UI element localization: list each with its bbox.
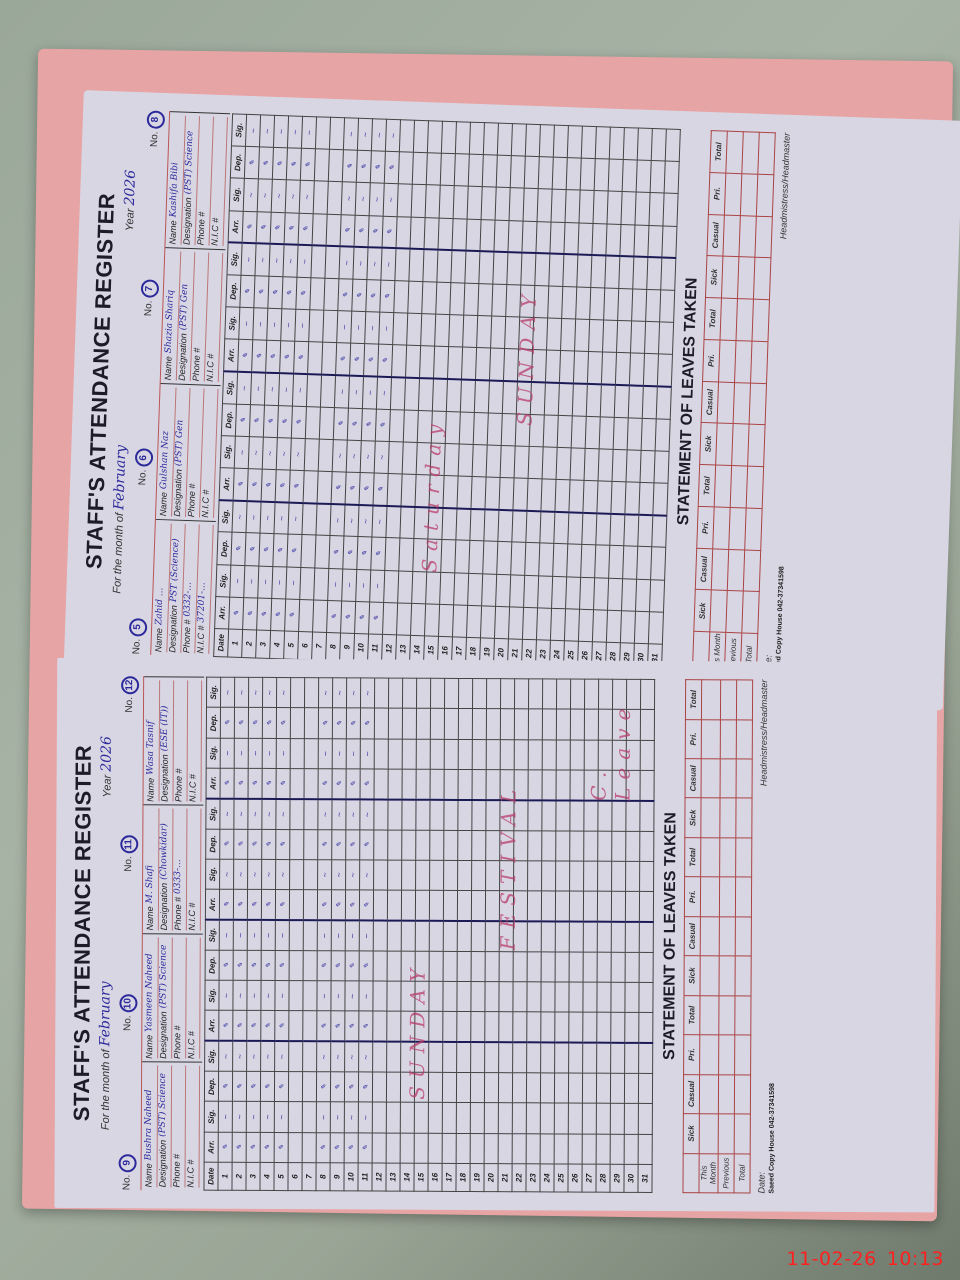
- attendance-cell: [638, 1073, 652, 1103]
- attendance-cell: [441, 121, 456, 154]
- attendance-cell: [558, 383, 573, 416]
- attendance-cell: [555, 1043, 569, 1073]
- attendance-cell: ✎: [261, 890, 275, 920]
- leaves-col-header: Pri.: [708, 172, 725, 214]
- leaves-cell: [732, 424, 749, 466]
- attendance-cell: ~: [259, 115, 274, 148]
- attendance-cell: [435, 314, 450, 347]
- attendance-cell: [472, 739, 486, 769]
- attendance-cell: [458, 769, 472, 799]
- attendance-cell: ~: [316, 1102, 330, 1132]
- attendance-cell: [580, 577, 595, 610]
- field-label: Phone #: [191, 348, 205, 382]
- field-label: Designation: [167, 605, 182, 653]
- attendance-cell: [513, 478, 528, 511]
- attendance-cell: [424, 217, 439, 250]
- attendance-cell: ✎: [275, 890, 289, 920]
- leaves-col-header: Casual: [684, 916, 700, 956]
- leaves-col-header: Casual: [701, 381, 718, 423]
- attendance-cell: [454, 573, 469, 606]
- attendance-cell: [437, 250, 452, 283]
- leaves-cell: [717, 382, 734, 424]
- date-cell: 13: [386, 1163, 400, 1191]
- col-header: Sig.: [225, 307, 240, 340]
- attendance-cell: ~: [274, 502, 289, 535]
- date-cell: 8: [326, 632, 341, 660]
- register-page-bottom: STAFF'S ATTENDANCE REGISTER For the mont…: [54, 658, 937, 1213]
- attendance-cell: ~: [359, 920, 373, 950]
- attendance-cell: [571, 416, 586, 449]
- leaves-row-label: This Month: [699, 1153, 718, 1193]
- attendance-cell: [526, 1103, 540, 1133]
- attendance-cell: [597, 982, 611, 1012]
- attendance-cell: ~: [275, 1041, 289, 1071]
- attendance-cell: [552, 576, 567, 609]
- attendance-cell: [466, 219, 481, 252]
- attendance-cell: [489, 348, 504, 381]
- attendance-cell: ✎: [219, 1011, 233, 1041]
- leaves-cell: [755, 216, 772, 258]
- attendance-cell: ✎: [276, 708, 290, 738]
- attendance-cell: ✎: [344, 1133, 358, 1163]
- attendance-cell: [648, 612, 663, 645]
- attendance-cell: [564, 222, 579, 255]
- attendance-cell: [471, 477, 486, 510]
- attendance-cell: [510, 156, 525, 189]
- attendance-cell: ✎: [368, 215, 383, 248]
- attendance-cell: [633, 257, 648, 290]
- attendance-cell: [619, 256, 634, 289]
- date-cell: 28: [596, 1164, 610, 1192]
- leaves-cell: [700, 917, 719, 957]
- attendance-cell: [556, 861, 570, 891]
- attendance-cell: [590, 287, 605, 320]
- attendance-cell: [443, 476, 458, 509]
- attendance-cell: [482, 155, 497, 188]
- staff-details: Name Shazia ShariqDesignation (PST) GenP…: [161, 247, 226, 385]
- leaves-cell: [745, 508, 762, 550]
- attendance-cell: [513, 1012, 527, 1042]
- leaves-row-label: Previous: [718, 1153, 734, 1193]
- attendance-cell: [444, 800, 458, 830]
- attendance-cell: [541, 1043, 555, 1073]
- attendance-cell: [527, 952, 541, 982]
- attendance-cell: ~: [234, 859, 248, 889]
- attendance-cell: ~: [318, 799, 332, 829]
- attendance-cell: ✎: [344, 1072, 358, 1102]
- attendance-cell: ✎: [373, 473, 388, 506]
- col-header: Sig.: [206, 677, 220, 707]
- date-cell: 11: [368, 634, 383, 662]
- attendance-cell: ~: [287, 116, 302, 149]
- attendance-cell: ~: [234, 677, 248, 707]
- leaves-cell: [742, 591, 759, 633]
- attendance-cell: [525, 124, 540, 157]
- attendance-cell: [606, 610, 621, 643]
- leaves-cell: [734, 1075, 750, 1115]
- attendance-cell: ~: [344, 1102, 358, 1132]
- attendance-cell: [514, 446, 529, 479]
- staff-details: Name Zahid ...Designation PST (Science)P…: [151, 519, 216, 657]
- col-header: Dep.: [204, 1071, 218, 1101]
- attendance-cell: [625, 982, 639, 1012]
- attendance-cell: [535, 253, 550, 286]
- attendance-cell: [485, 477, 500, 510]
- attendance-cell: [456, 1103, 470, 1133]
- field-value-designation: (PST) Science: [158, 1073, 171, 1137]
- attendance-cell: [634, 611, 649, 644]
- leaves-cell: [700, 995, 719, 1035]
- attendance-cell: [290, 859, 304, 889]
- attendance-cell: ✎: [266, 341, 281, 374]
- attendance-cell: ✎: [247, 469, 262, 502]
- attendance-cell: [626, 861, 640, 891]
- attendance-cell: [383, 602, 398, 635]
- attendance-cell: [302, 1102, 316, 1132]
- attendance-cell: [621, 192, 636, 225]
- attendance-cell: [500, 679, 514, 709]
- attendance-cell: [374, 769, 388, 799]
- attendance-cell: [561, 319, 576, 352]
- attendance-cell: ✎: [261, 950, 275, 980]
- attendance-grid: DateArr.Sig.Dep.Sig.Arr.Sig.Dep.Sig.Arr.…: [213, 113, 681, 672]
- attendance-cell: ✎: [246, 1071, 260, 1101]
- leaves-col-header: Total: [704, 298, 721, 340]
- attendance-cell: ~: [286, 567, 301, 600]
- attendance-cell: [471, 1012, 485, 1042]
- leaves-col-header: Pri.: [697, 506, 714, 548]
- attendance-cell: [306, 374, 321, 407]
- leaves-cell: [758, 132, 775, 174]
- attendance-cell: [612, 449, 627, 482]
- attendance-cell: [482, 574, 497, 607]
- leaves-cell: [719, 877, 735, 917]
- date-cell: 2: [242, 630, 257, 658]
- attendance-cell: [569, 480, 584, 513]
- col-header: Arr.: [215, 596, 230, 629]
- field-value-name: M. Shafi: [145, 865, 158, 903]
- attendance-cell: [459, 412, 474, 445]
- attendance-cell: ~: [261, 920, 275, 950]
- attendance-cell: [426, 153, 441, 186]
- attendance-cell: [658, 322, 673, 355]
- attendance-cell: ✎: [229, 597, 244, 630]
- attendance-cell: ~: [281, 309, 296, 342]
- attendance-cell: ✎: [316, 1132, 330, 1162]
- attendance-cell: [319, 407, 334, 440]
- attendance-cell: [452, 218, 467, 251]
- staff-number-badge: 6: [135, 449, 154, 468]
- attendance-cell: [608, 159, 623, 192]
- attendance-cell: [511, 124, 526, 157]
- attendance-cell: ~: [272, 566, 287, 599]
- attendance-cell: ~: [357, 118, 372, 151]
- attendance-cell: ✎: [352, 279, 367, 312]
- attendance-cell: [589, 320, 604, 353]
- no-label: No.: [124, 697, 135, 713]
- attendance-cell: [314, 568, 329, 601]
- attendance-cell: [653, 483, 668, 516]
- attendance-cell: ✎: [338, 279, 353, 312]
- attendance-cell: ~: [370, 570, 385, 603]
- attendance-cell: ✎: [330, 1132, 344, 1162]
- attendance-cell: [624, 1104, 638, 1134]
- attendance-cell: [611, 891, 625, 921]
- attendance-cell: [511, 542, 526, 575]
- attendance-cell: [624, 514, 639, 547]
- attendance-cell: [415, 921, 429, 951]
- attendance-cell: [622, 578, 637, 611]
- attendance-cell: [583, 922, 597, 952]
- field-label: Phone #: [171, 1154, 184, 1188]
- attendance-cell: [510, 574, 525, 607]
- attendance-cell: [411, 603, 426, 636]
- attendance-cell: [640, 770, 654, 800]
- attendance-cell: [412, 571, 427, 604]
- attendance-cell: [308, 342, 323, 375]
- attendance-cell: [564, 609, 579, 642]
- attendance-cell: [483, 541, 498, 574]
- attendance-cell: [639, 922, 653, 952]
- leaves-cell: [719, 956, 735, 996]
- attendance-cell: [583, 891, 597, 921]
- attendance-cell: ✎: [327, 600, 342, 633]
- attendance-cell: ✎: [220, 708, 234, 738]
- attendance-cell: [625, 1043, 639, 1073]
- staff-number-badge: 8: [147, 110, 166, 129]
- staff-details: Name Gulshan NazDesignation (PST) GenPho…: [156, 383, 221, 521]
- attendance-cell: [468, 573, 483, 606]
- attendance-cell: [540, 1134, 554, 1164]
- leaves-cell: [737, 257, 754, 299]
- attendance-cell: ~: [362, 376, 377, 409]
- attendance-cell: ✎: [358, 1072, 372, 1102]
- attendance-cell: [541, 1012, 555, 1042]
- attendance-cell: ✎: [329, 536, 344, 569]
- attendance-cell: [596, 1104, 610, 1134]
- attendance-cell: [480, 606, 495, 639]
- attendance-cell: ✎: [271, 598, 286, 631]
- attendance-cell: ~: [244, 565, 259, 598]
- leaves-col-header: Sick: [684, 956, 700, 996]
- field-label: N.I.C #: [187, 903, 200, 931]
- attendance-cell: ✎: [274, 1072, 288, 1102]
- no-label: No.: [123, 856, 134, 872]
- col-header: Arr.: [205, 889, 219, 919]
- leaves-col-header: Sick: [683, 1114, 699, 1154]
- attendance-cell: ✎: [336, 343, 351, 376]
- attendance-cell: [572, 383, 587, 416]
- col-header: Sig.: [206, 798, 220, 828]
- attendance-cell: [302, 1072, 316, 1102]
- attendance-cell: ~: [331, 1042, 345, 1072]
- col-header: Dep.: [221, 403, 236, 436]
- attendance-cell: [421, 314, 436, 347]
- attendance-cell: ✎: [369, 602, 384, 635]
- attendance-cell: ✎: [375, 409, 390, 442]
- attendance-cell: [637, 547, 652, 580]
- attendance-cell: [663, 193, 678, 226]
- attendance-cell: ~: [356, 569, 371, 602]
- leaves-cell: [749, 383, 766, 425]
- attendance-cell: ✎: [332, 708, 346, 738]
- attendance-cell: [499, 477, 514, 510]
- attendance-cell: ~: [246, 501, 261, 534]
- attendance-cell: ✎: [286, 148, 301, 181]
- attendance-cell: ~: [381, 248, 396, 281]
- attendance-cell: [579, 190, 594, 223]
- attendance-cell: [523, 188, 538, 221]
- leaves-cell: [719, 340, 736, 382]
- attendance-cell: [400, 506, 415, 539]
- attendance-cell: [554, 1103, 568, 1133]
- field-value-name: Wasa Tasnif: [146, 721, 159, 775]
- attendance-cell: ~: [243, 179, 258, 212]
- attendance-cell: ✎: [358, 1133, 372, 1163]
- attendance-cell: [313, 181, 328, 214]
- attendance-cell: [407, 313, 422, 346]
- attendance-cell: [418, 378, 433, 411]
- attendance-cell: ✎: [262, 768, 276, 798]
- attendance-cell: [584, 448, 599, 481]
- leaves-cell: [719, 996, 735, 1036]
- attendance-cell: [472, 860, 486, 890]
- attendance-cell: ✎: [378, 344, 393, 377]
- attendance-cell: [611, 481, 626, 514]
- leaves-cell: [701, 798, 720, 838]
- attendance-cell: ~: [239, 307, 254, 340]
- attendance-cell: ~: [275, 981, 289, 1011]
- attendance-cell: ✎: [355, 601, 370, 634]
- attendance-cell: ✎: [234, 768, 248, 798]
- attendance-cell: [642, 386, 657, 419]
- attendance-cell: [496, 574, 511, 607]
- attendance-cell: [596, 1073, 610, 1103]
- attendance-cell: [609, 127, 624, 160]
- attendance-cell: [593, 191, 608, 224]
- attendance-cell: [662, 226, 677, 259]
- attendance-cell: ✎: [285, 599, 300, 632]
- attendance-cell: [303, 1041, 317, 1071]
- attendance-cell: [570, 831, 584, 861]
- attendance-row: 31: [638, 679, 655, 1192]
- attendance-cell: [624, 1073, 638, 1103]
- date-cell: 9: [330, 1163, 344, 1191]
- camera-timestamp: 11-02-2610:13: [776, 1248, 944, 1270]
- attendance-cell: [524, 156, 539, 189]
- attendance-cell: ✎: [332, 769, 346, 799]
- col-header: Arr.: [205, 1011, 219, 1041]
- printer-imprint: Saeed Copy House 042-37341598: [768, 680, 778, 1194]
- leaves-cell: [710, 590, 727, 632]
- col-header: Arr.: [219, 468, 234, 501]
- attendance-cell: [556, 770, 570, 800]
- field-value-name: Bushra Naheed: [144, 1089, 157, 1160]
- attendance-cell: [565, 190, 580, 223]
- leaves-col-header: Total: [710, 131, 727, 173]
- date-cell: 3: [246, 1162, 260, 1190]
- field-value-name: Yasmeen Naheed: [144, 953, 157, 1032]
- attendance-cell: [570, 448, 585, 481]
- attendance-cell: ~: [236, 372, 251, 405]
- attendance-cell: ~: [346, 440, 361, 473]
- leaves-cell: [699, 1114, 718, 1154]
- leaves-cell: [736, 719, 752, 759]
- attendance-cell: ~: [290, 438, 305, 471]
- attendance-cell: [470, 509, 485, 542]
- attendance-cell: [432, 379, 447, 412]
- attendance-cell: ~: [248, 859, 262, 889]
- date-cell: 7: [312, 632, 327, 660]
- attendance-cell: [290, 799, 304, 829]
- attendance-cell: [580, 158, 595, 191]
- attendance-cell: [436, 282, 451, 315]
- leaves-col-header: Casual: [683, 1074, 699, 1114]
- attendance-cell: [604, 288, 619, 321]
- attendance-cell: [582, 1134, 596, 1164]
- attendance-cell: [559, 351, 574, 384]
- attendance-cell: [513, 952, 527, 982]
- attendance-cell: ~: [248, 437, 263, 470]
- attendance-cell: [288, 1132, 302, 1162]
- attendance-cell: ✎: [296, 277, 311, 310]
- attendance-cell: [499, 1042, 513, 1072]
- attendance-cell: [617, 321, 632, 354]
- attendance-cell: [428, 1103, 442, 1133]
- attendance-cell: [512, 1073, 526, 1103]
- attendance-cell: [461, 347, 476, 380]
- attendance-cell: ~: [276, 677, 290, 707]
- attendance-cell: [514, 739, 528, 769]
- attendance-cell: [526, 1073, 540, 1103]
- attendance-cell: [625, 922, 639, 952]
- attendance-cell: [649, 193, 664, 226]
- attendance-cell: ✎: [347, 408, 362, 441]
- attendance-cell: ~: [332, 738, 346, 768]
- attendance-cell: ~: [346, 799, 360, 829]
- attendance-cell: [599, 417, 614, 450]
- attendance-cell: ✎: [359, 890, 373, 920]
- attendance-register-book: STAFF'S ATTENDANCE REGISTER For the mont…: [22, 49, 953, 1222]
- attendance-cell: [316, 503, 331, 536]
- attendance-cell: ✎: [263, 405, 278, 438]
- attendance-cell: [500, 709, 514, 739]
- attendance-cell: [595, 545, 610, 578]
- attendance-cell: [573, 351, 588, 384]
- leaves-cell: [701, 759, 720, 799]
- date-cell: 10: [354, 633, 369, 661]
- attendance-cell: [442, 1133, 456, 1163]
- attendance-cell: ~: [360, 678, 374, 708]
- handwritten-overlay-note: SUNDAY: [512, 286, 541, 426]
- attendance-cell: [611, 922, 625, 952]
- attendance-cell: [468, 154, 483, 187]
- attendance-cell: [388, 830, 402, 860]
- date-cell: 12: [372, 1163, 386, 1191]
- attendance-cell: [512, 510, 527, 543]
- attendance-cell: [399, 120, 414, 153]
- attendance-cell: [623, 128, 638, 161]
- attendance-cell: [452, 605, 467, 638]
- handwritten-overlay-note: C. Leave: [587, 661, 636, 801]
- attendance-cell: ✎: [275, 950, 289, 980]
- date-cell: 2: [232, 1162, 246, 1190]
- attendance-cell: [322, 342, 337, 375]
- attendance-cell: [464, 283, 479, 316]
- attendance-cell: [487, 413, 502, 446]
- field-label: Name: [168, 220, 182, 244]
- attendance-cell: [569, 891, 583, 921]
